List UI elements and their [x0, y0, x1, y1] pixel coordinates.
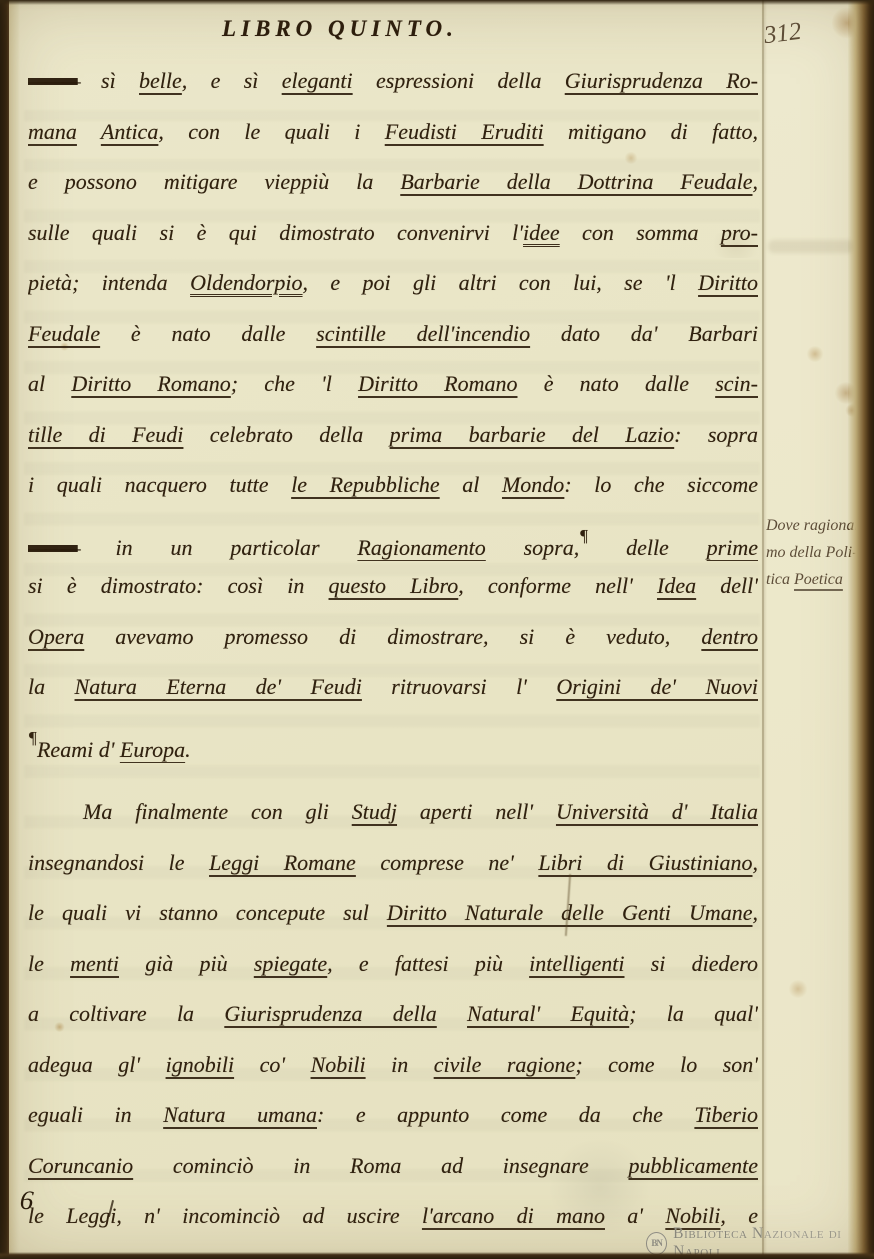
manuscript-line: a coltivare la Giurisprudenza della Natu…: [28, 989, 758, 1040]
manuscript-line: Ma finalmente con gli Studj aperti nell'…: [28, 787, 758, 838]
page-edge-bottom: [0, 1252, 874, 1259]
page-margin-strip: [764, 0, 848, 1259]
manuscript-line: mana Antica, con le quali i Feudisti Eru…: [28, 107, 758, 158]
manuscript-line: al Diritto Romano; che 'l Diritto Romano…: [28, 359, 758, 410]
manuscript-scan-page: LIBRO QUINTO. 312 ——— sì belle, e sì ele…: [0, 0, 874, 1259]
manuscript-line: ——— sì belle, e sì eleganti espressioni …: [28, 56, 758, 107]
page-edge-right: [848, 0, 874, 1259]
manuscript-text: ——— sì belle, e sì eleganti espressioni …: [28, 56, 758, 1242]
manuscript-line: tille di Feudi celebrato della prima bar…: [28, 410, 758, 461]
manuscript-line: eguali in Natura umana: e appunto come d…: [28, 1090, 758, 1141]
manuscript-line: la Natura Eterna de' Feudi ritruovarsi l…: [28, 662, 758, 713]
manuscript-line: Coruncanio cominciò in Roma ad insegnare…: [28, 1141, 758, 1192]
manuscript-line: sulle quali si è qui dimostrato convenir…: [28, 208, 758, 259]
manuscript-line: ——— in un particolar Ragionamento sopra,…: [28, 511, 758, 562]
page-edge-top: [0, 0, 874, 5]
page-edge-left-light: [9, 0, 20, 1259]
manuscript-line: ¶Reami d' Europa.: [28, 713, 758, 764]
manuscript-line: e possono mitigare vieppiù la Barbarie d…: [28, 157, 758, 208]
manuscript-line: adegua gl' ignobili co' Nobili in civile…: [28, 1040, 758, 1091]
manuscript-line: Opera avevamo promesso di dimostrare, si…: [28, 612, 758, 663]
manuscript-line: i quali nacquero tutte le Repubbliche al…: [28, 460, 758, 511]
manuscript-line: Feudale è nato dalle scintille dell'ince…: [28, 309, 758, 360]
manuscript-line: le menti già più spiegate, e fattesi più…: [28, 939, 758, 990]
manuscript-line: insegnandosi le Leggi Romane comprese ne…: [28, 838, 758, 889]
page-fold-line: [762, 0, 764, 1259]
manuscript-line: pietà; intenda Oldendorpio, e poi gli al…: [28, 258, 758, 309]
page-title: LIBRO QUINTO.: [222, 16, 458, 42]
manuscript-line: si è dimostrato: così in questo Libro, c…: [28, 561, 758, 612]
manuscript-line: le quali vi stanno concepute sul Diritto…: [28, 888, 758, 939]
page-edge-left: [0, 0, 9, 1259]
